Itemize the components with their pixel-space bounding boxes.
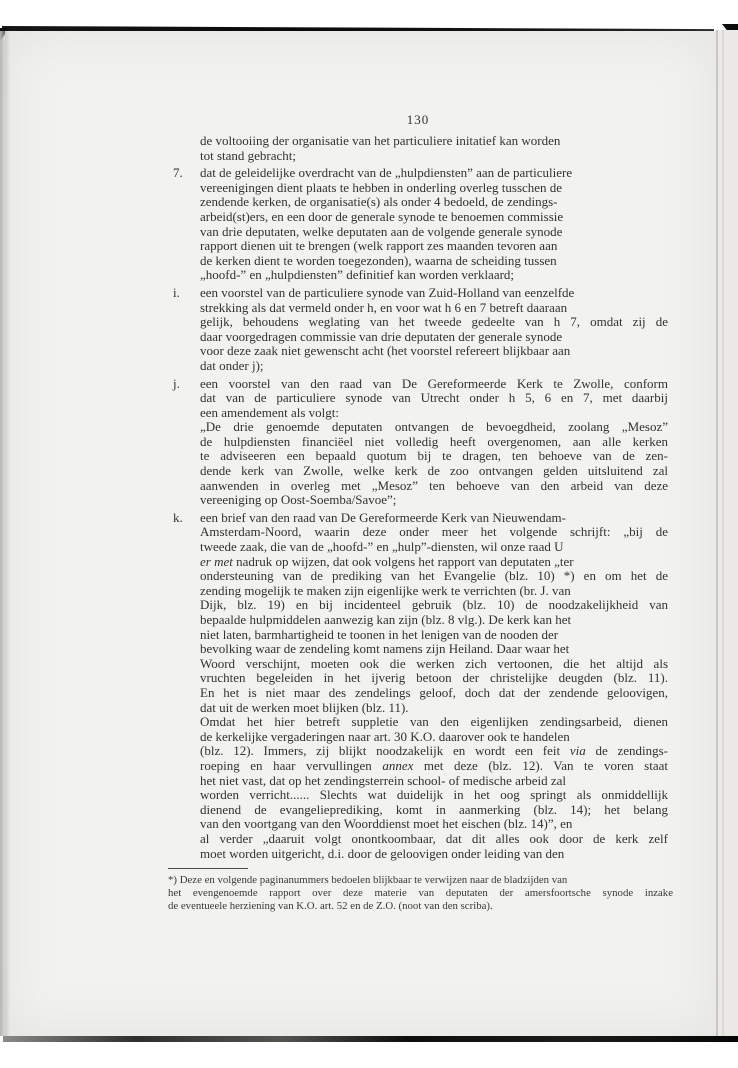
text-line: de kerkelijke vergaderingen naar art. 30… xyxy=(200,730,668,745)
text-line: er met nadruk op wijzen, dat ook volgens… xyxy=(200,555,668,570)
text-line: vereeniging op Oost-Soemba/Savoe”; xyxy=(200,493,668,508)
text-line: een voorstel van de particuliere synode … xyxy=(200,286,668,301)
text-line: de hulpdiensten financiëel niet volledig… xyxy=(200,435,668,450)
item-label: 7. xyxy=(168,166,200,283)
text-line: „De drie genoemde deputaten ontvangen de… xyxy=(200,420,668,435)
item-label: k. xyxy=(168,511,200,861)
text-line: En het is niet maar des zendelings geloo… xyxy=(200,686,668,701)
text-line: tweede zaak, die van de „hoofd-” en „hul… xyxy=(200,540,668,555)
text-line: dat uit de werken moet blijken (blz. 11)… xyxy=(200,701,668,716)
text-line: tot stand gebracht; xyxy=(200,149,668,164)
text-line: te adviseeren een bepaald quotum bij te … xyxy=(200,449,668,464)
text-line: dende kerk van Zwolle, welke kerk de zoo… xyxy=(200,464,668,479)
main-text: de voltooiing der organisatie van het pa… xyxy=(168,134,668,861)
text-line: zending mogelijk te maken zijn eigenlijk… xyxy=(200,584,668,599)
page-edge-groove xyxy=(722,30,724,1036)
text-line: dat van de particuliere synode van Utrec… xyxy=(200,391,668,406)
text-line: de kerken dient te worden toegezonden), … xyxy=(200,254,668,269)
text-line: rapport dienen uit te brengen (welk rapp… xyxy=(200,239,668,254)
page-left-shadow xyxy=(0,31,12,1036)
page-number: 130 xyxy=(168,112,668,128)
footnote: *) Deze en volgende paginanummers bedoel… xyxy=(168,874,673,913)
text-line: een amendement als volgt: xyxy=(200,406,668,421)
text-line: dienend de evangelieprediking, komt in a… xyxy=(200,803,668,818)
text-line: voor deze zaak niet gewenscht acht (het … xyxy=(200,344,668,359)
page-right-edge xyxy=(716,30,738,1036)
text-line: Dijk, blz. 19) en bij incidenteel gebrui… xyxy=(200,598,668,613)
text-line: „hoofd-” en „hulpdiensten” definitief ka… xyxy=(200,268,668,283)
text-line: al verder „daaruit volgt onontkoombaar, … xyxy=(200,832,668,847)
text-line: bepaalde hulpmiddelen aanwezig kan zijn … xyxy=(200,613,668,628)
list-item: 7.dat de geleidelijke overdracht van de … xyxy=(168,166,668,283)
text-line: dat onder j); xyxy=(200,359,668,374)
item-list: 7.dat de geleidelijke overdracht van de … xyxy=(168,166,668,861)
text-line: bevolking waar de zendeling komt namens … xyxy=(200,642,668,657)
text-line: *) Deze en volgende paginanummers bedoel… xyxy=(168,874,673,887)
text-line: vereenigingen dient plaats te hebben in … xyxy=(200,181,668,196)
text-line: een voorstel van den raad van De Gerefor… xyxy=(200,377,668,392)
text-line: Amsterdam-Noord, waarin deze onder meer … xyxy=(200,525,668,540)
text-line: van drie deputaten, welke deputaten aan … xyxy=(200,225,668,240)
text-line: aanwenden in overleg met „Mesoz” ten beh… xyxy=(200,479,668,494)
footnote-rule xyxy=(168,868,248,869)
list-item: k.een brief van den raad van De Gereform… xyxy=(168,511,668,861)
list-item: j.een voorstel van den raad van De Geref… xyxy=(168,377,668,508)
text-line: de voltooiing der organisatie van het pa… xyxy=(200,134,668,149)
item-body: dat de geleidelijke overdracht van de „h… xyxy=(200,166,668,283)
text-line: het evengenoemde rapport over deze mater… xyxy=(168,887,673,900)
text-line: ondersteuning van de prediking van het E… xyxy=(200,569,668,584)
intro-paragraph: de voltooiing der organisatie van het pa… xyxy=(200,134,668,163)
scan-bottom-edge xyxy=(3,1036,738,1042)
item-body: een brief van den raad van De Gereformee… xyxy=(200,511,668,861)
text-line: vruchten begeleiden in het ijverig betoo… xyxy=(200,671,668,686)
text-line: de eventueele herziening van K.O. art. 5… xyxy=(168,900,673,913)
list-item: i.een voorstel van de particuliere synod… xyxy=(168,286,668,374)
text-line: strekking als dat vermeld onder h, en vo… xyxy=(200,301,668,316)
text-line: van den voortgang van den Woorddienst mo… xyxy=(200,817,668,832)
item-label: j. xyxy=(168,377,200,508)
text-line: moet worden uitgericht, d.i. door de gel… xyxy=(200,847,668,862)
text-line: (blz. 12). Immers, zij blijkt noodzakeli… xyxy=(200,744,668,759)
text-line: een brief van den raad van De Gereformee… xyxy=(200,511,668,526)
text-line: Woord verschijnt, moeten ook die werken … xyxy=(200,657,668,672)
item-label: i. xyxy=(168,286,200,374)
item-body: een voorstel van den raad van De Gerefor… xyxy=(200,377,668,508)
text-line: gelijk, behoudens weglating van het twee… xyxy=(200,315,668,330)
text-line: het niet vast, dat op het zendingsterrei… xyxy=(200,774,668,789)
text-line: daar voorgedragen commissie van drie dep… xyxy=(200,330,668,345)
text-line: Omdat het hier betreft suppletie van den… xyxy=(200,715,668,730)
page-content: 130 de voltooiing der organisatie van he… xyxy=(168,112,668,913)
text-line: roeping en haar vervullingen annex met d… xyxy=(200,759,668,774)
text-line: worden verricht...... Slechts wat duidel… xyxy=(200,788,668,803)
item-body: een voorstel van de particuliere synode … xyxy=(200,286,668,374)
text-line: dat de geleidelijke overdracht van de „h… xyxy=(200,166,668,181)
text-line: arbeid(st)ers, en een door de generale s… xyxy=(200,210,668,225)
text-line: zendende kerken, de organisatie(s) als o… xyxy=(200,195,668,210)
text-line: niet laten, barmhartigheid te toonen in … xyxy=(200,628,668,643)
